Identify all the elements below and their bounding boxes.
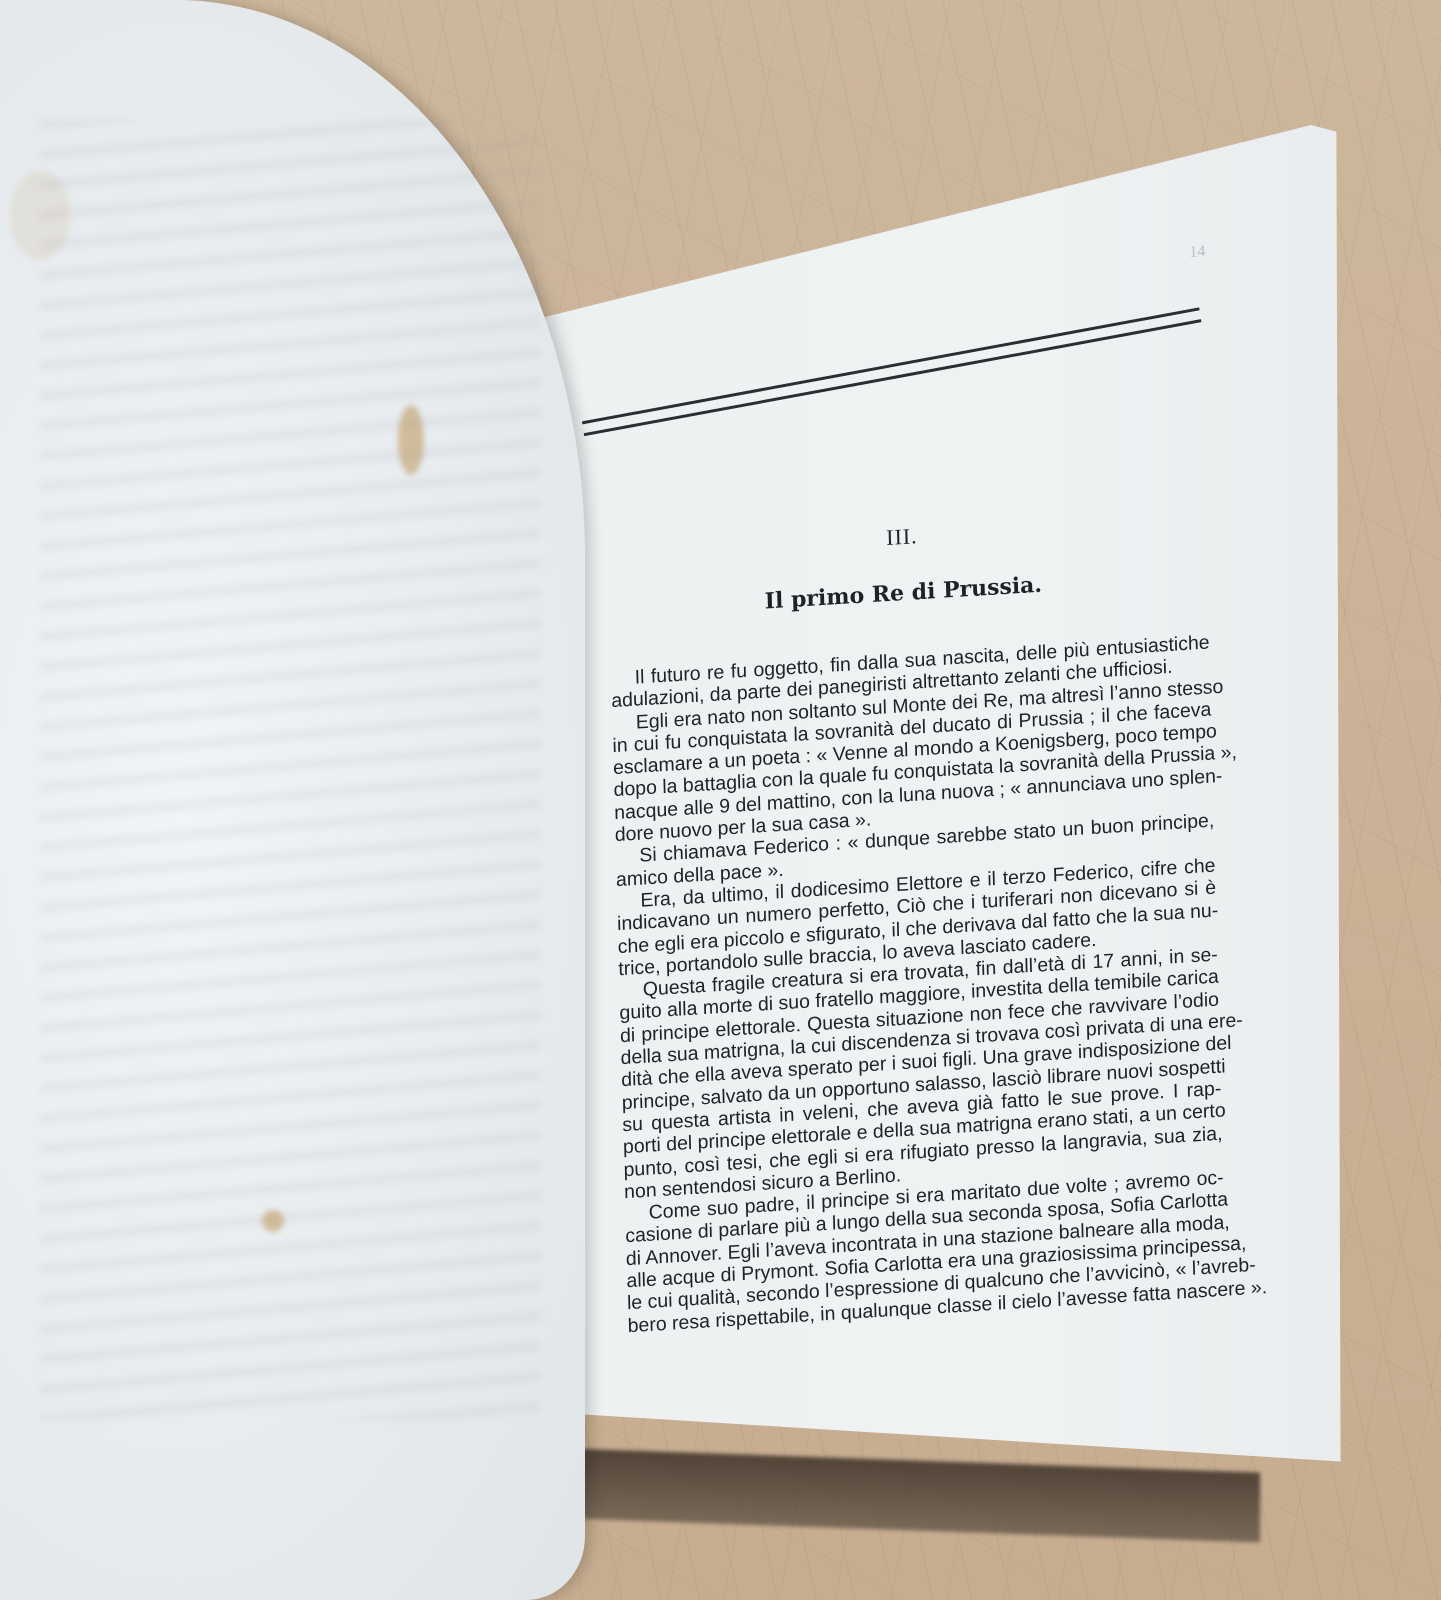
bleed-through-text (40, 120, 540, 1420)
body-text: Il futuro re fu oggetto, fin dalla sua n… (610, 631, 1226, 1337)
foxing-stain (262, 1210, 284, 1232)
left-book-page (0, 0, 585, 1600)
page-number: 14 (1189, 243, 1205, 262)
foxing-stain (398, 405, 424, 475)
foxing-stain (10, 170, 70, 260)
